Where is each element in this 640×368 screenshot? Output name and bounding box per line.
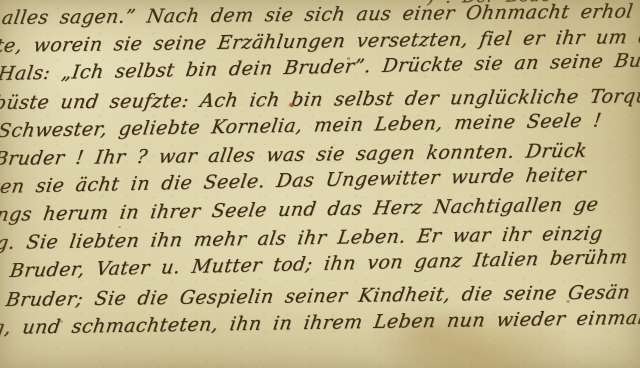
manuscript-page: ) . Der Bode alles sagen.” Nach dem sie … xyxy=(0,0,640,368)
paper-speck xyxy=(60,320,63,323)
paper-speck xyxy=(566,300,570,303)
paper-speck xyxy=(118,226,121,228)
paper-speck xyxy=(347,57,350,60)
red-ink-speck xyxy=(289,103,294,107)
